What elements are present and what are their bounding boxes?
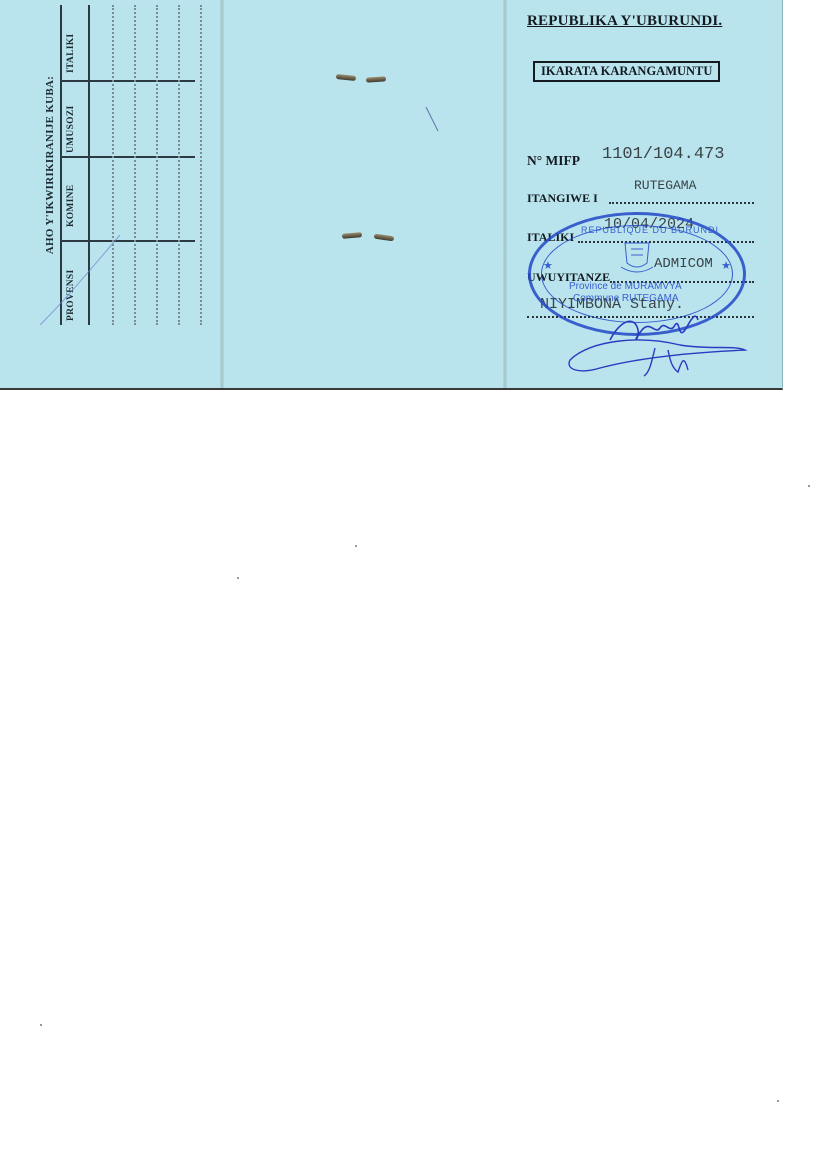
scan-speck <box>40 1024 42 1026</box>
scan-speck <box>355 545 357 547</box>
fold-line-right <box>503 0 507 388</box>
table-row <box>200 5 202 325</box>
scan-speck <box>237 577 239 579</box>
col-komine: KOMINE <box>66 185 76 227</box>
coat-of-arms-icon <box>617 237 657 275</box>
pen-stroke-mark <box>424 105 444 135</box>
signature-icon <box>560 300 750 380</box>
mifp-label: N° MIFP <box>527 153 580 169</box>
issued-at-line <box>609 202 754 204</box>
mifp-value: 1101/104.473 <box>602 145 724 164</box>
stamp-top-text: REPUBLIQUE DU BURUNDI <box>581 225 719 235</box>
country-header: REPUBLIKA Y'UBURUNDI. <box>527 13 722 30</box>
col-italiki: ITALIKI <box>66 34 76 73</box>
scan-speck <box>777 1100 779 1102</box>
middle-panel-blank <box>224 0 503 388</box>
stamp-star-icon: ★ <box>721 259 731 272</box>
staple-bottom-left <box>342 232 362 239</box>
staple-top-right <box>366 76 386 82</box>
table-row <box>156 5 158 325</box>
staple-bottom-right <box>374 234 395 242</box>
table-row <box>134 5 136 325</box>
left-panel-residence: AHO Y'IKWIRIKIRANIJE KUBA: PROVENSI KOMI… <box>0 0 220 388</box>
pen-stroke-mark <box>35 230 125 330</box>
stamp-star-icon: ★ <box>543 259 553 272</box>
col-divider-3 <box>60 80 195 82</box>
card-title: IKARATA KARANGAMUNTU <box>533 61 720 82</box>
staple-top-left <box>336 74 356 81</box>
table-row <box>178 5 180 325</box>
scan-speck <box>808 485 810 487</box>
issued-at-value: RUTEGAMA <box>634 178 696 193</box>
stamp-province: Province de MURAMVYA <box>569 281 682 292</box>
col-divider-2 <box>60 156 195 158</box>
issued-at-label: ITANGIWE I <box>527 191 598 206</box>
col-umusozi: UMUSOZI <box>66 106 76 154</box>
id-card: AHO Y'IKWIRIKIRANIJE KUBA: PROVENSI KOMI… <box>0 0 783 390</box>
